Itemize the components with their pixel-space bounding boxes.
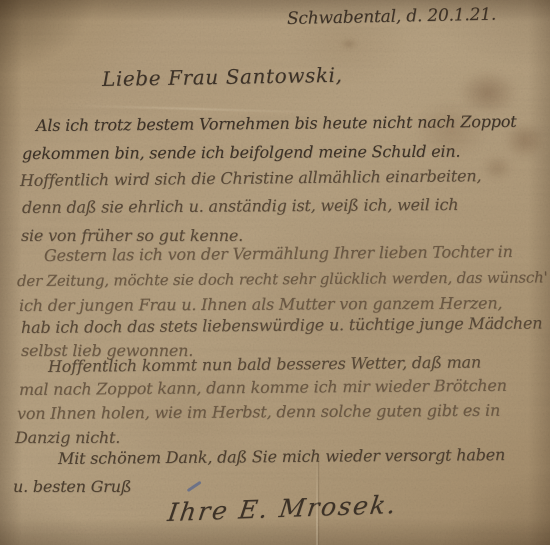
paragraph-1-line-4: denn daß sie ehrlich u. anständig ist, w… — [22, 195, 458, 217]
paragraph-3-line-3: von Ihnen holen, wie im Herbst, denn sol… — [17, 401, 500, 423]
closing-line-1: Mit schönem Dank, daß Sie mich wieder ve… — [58, 445, 505, 468]
paragraph-1-line-2: gekommen bin, sende ich beifolgend meine… — [22, 142, 460, 163]
paragraph-2-line-1: Gestern las ich von der Vermählung Ihrer… — [44, 242, 513, 265]
closing-line-2: u. besten Gruß — [13, 477, 131, 496]
paragraph-1-line-5: sie von früher so gut kenne. — [21, 226, 243, 245]
paragraph-2-line-2: der Zeitung, möchte sie doch recht sehr … — [17, 268, 548, 290]
salutation: Liebe Frau Santowski, — [102, 63, 343, 91]
paragraph-1-line-1: Als ich trotz bestem Vornehmen bis heute… — [36, 112, 517, 135]
paragraph-3-line-4: Danzig nicht. — [15, 428, 120, 447]
paragraph-2-line-3: ich der jungen Frau u. Ihnen als Mutter … — [19, 293, 502, 315]
blue-pencil-mark — [187, 481, 202, 492]
dateline: Schwabental, d. 20.1.21. — [287, 5, 496, 29]
paragraph-2-line-4: hab ich doch das stets liebenswürdige u.… — [21, 313, 542, 337]
paragraph-3-line-1: Hoffentlich kommt nun bald besseres Wett… — [48, 352, 481, 376]
paragraph-1-line-3: Hoffentlich wird sich die Christine allm… — [20, 166, 481, 190]
letter-photograph: Schwabental, d. 20.1.21. Liebe Frau Sant… — [0, 0, 550, 545]
fold-crease-diagonal — [72, 105, 322, 114]
paragraph-3-line-2: mal nach Zoppot kann, dann komme ich mir… — [19, 376, 507, 399]
small-smudge-top — [336, 36, 362, 52]
signature: Ihre E. Mrosek. — [166, 490, 400, 527]
